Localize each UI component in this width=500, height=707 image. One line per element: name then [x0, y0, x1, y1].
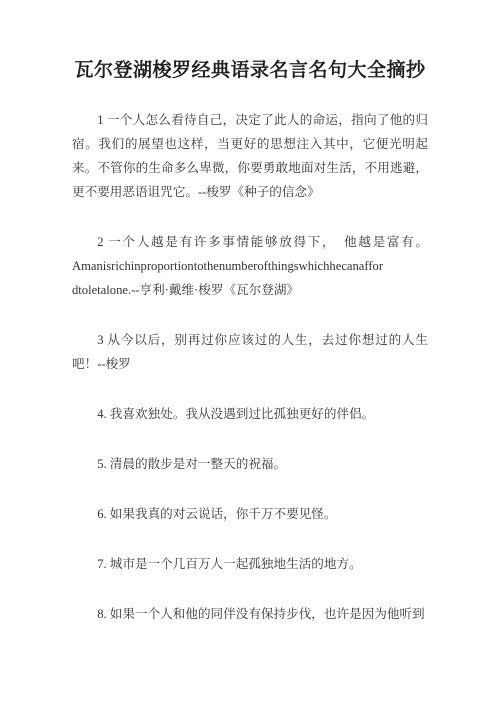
quote-paragraph-2: 2 一个人越是有许多事情能够放得下， 他越是富有。Amanisrichinpro… [72, 230, 428, 302]
quote-paragraph-4: 4. 我喜欢独处。我从没遇到过比孤独更好的伴侣。 [72, 402, 428, 426]
quote-paragraph-6: 6. 如果我真的对云说话，你千万不要见怪。 [72, 502, 428, 526]
quote-paragraph-1: 1 一个人怎么看待自己，决定了此人的命运，指向了他的归宿。我们的展望也这样，当更… [72, 108, 428, 204]
document-title: 瓦尔登湖梭罗经典语录名言名句大全摘抄 [72, 57, 428, 85]
quote-paragraph-5: 5. 清晨的散步是对一整天的祝福。 [72, 452, 428, 476]
document-page: 瓦尔登湖梭罗经典语录名言名句大全摘抄 1 一个人怎么看待自己，决定了此人的命运，… [0, 0, 500, 707]
quote-paragraph-3: 3 从今以后，别再过你应该过的人生，去过你想过的人生吧！--梭罗 [72, 328, 428, 376]
quote-paragraph-8: 8. 如果一个人和他的同伴没有保持步伐，也许是因为他听到 [72, 602, 428, 626]
quote-paragraph-7: 7. 城市是一个几百万人一起孤独地生活的地方。 [72, 552, 428, 576]
